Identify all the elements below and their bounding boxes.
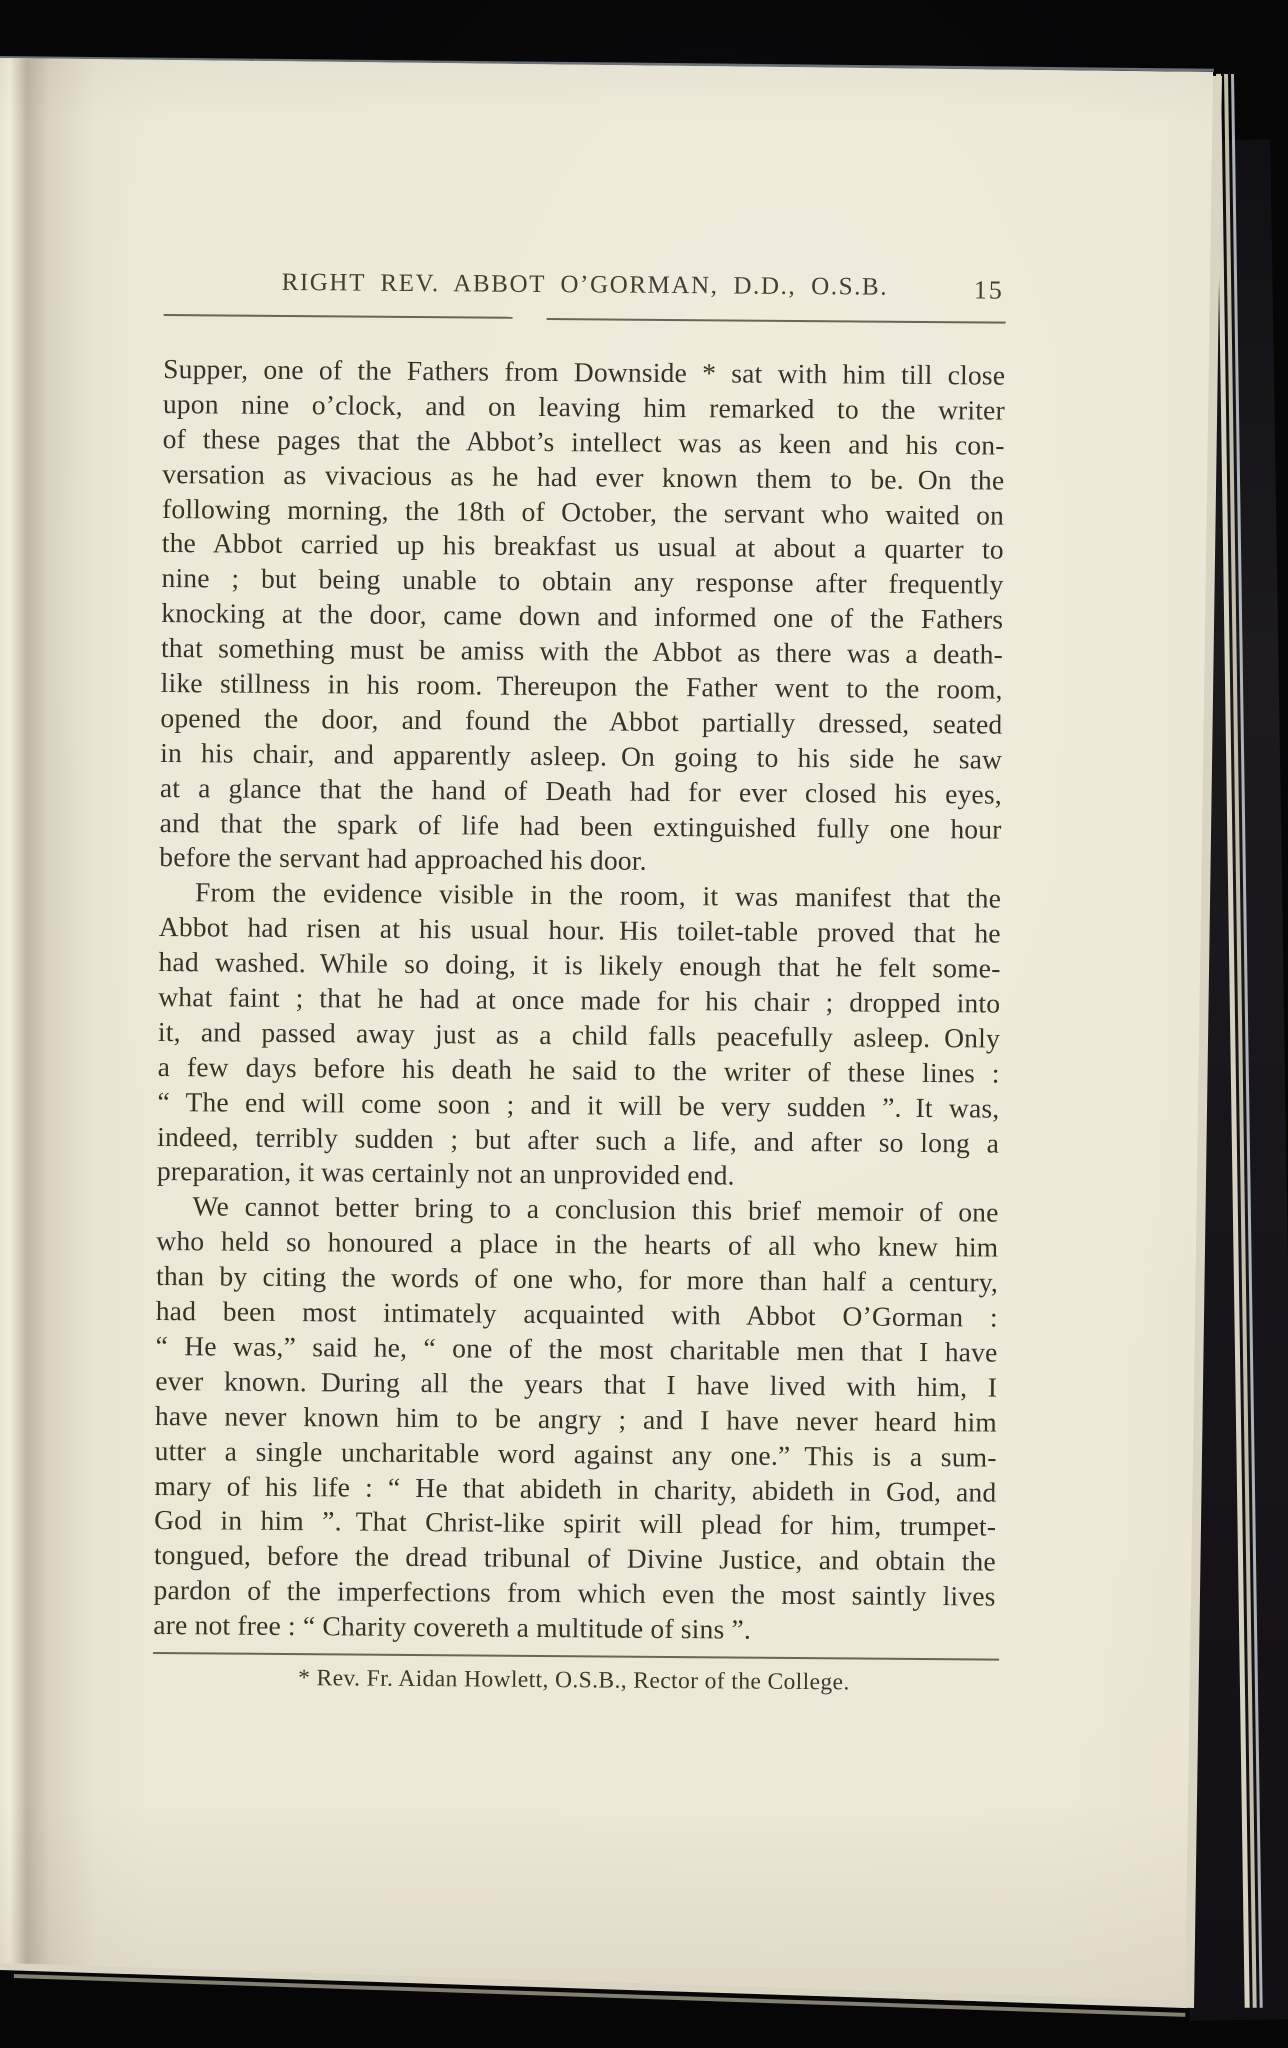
body-text: Supper, one of the Fathers from Downside… — [153, 352, 1005, 1650]
text-line: versation as vivacious as he had ever kn… — [162, 457, 1004, 499]
text-line: utter a single uncharitable word against… — [155, 1434, 997, 1476]
printed-text-block: RIGHT REV. ABBOT O’GORMAN, D.D., O.S.B. … — [164, 268, 1006, 311]
running-header: RIGHT REV. ABBOT O’GORMAN, D.D., O.S.B. … — [164, 268, 1006, 311]
book-photograph: RIGHT REV. ABBOT O’GORMAN, D.D., O.S.B. … — [0, 0, 1288, 2048]
text-line: are not free : “ Charity covereth a mult… — [153, 1608, 995, 1650]
text-line: at a glance that the hand of Death had f… — [160, 771, 1002, 813]
page-number: 15 — [974, 275, 1004, 305]
page-title: RIGHT REV. ABBOT O’GORMAN, D.D., O.S.B. — [164, 268, 1006, 303]
